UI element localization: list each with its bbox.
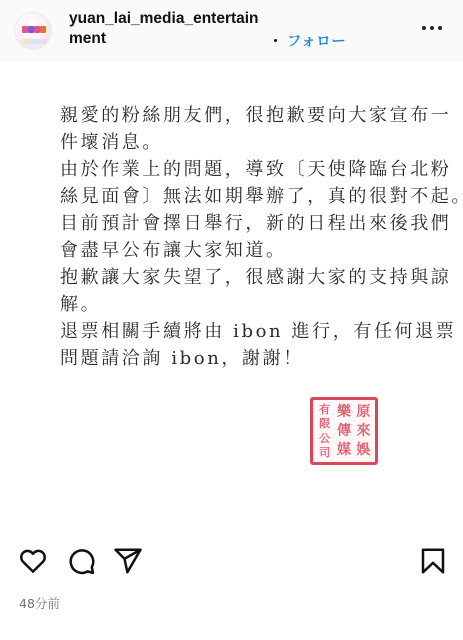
seal-character: 媒: [337, 443, 351, 457]
company-seal: 原來娛 樂傳媒 有限公司: [310, 397, 378, 465]
more-horizontal-icon: [438, 26, 442, 30]
more-horizontal-icon: [422, 26, 426, 30]
action-bar: [0, 540, 463, 580]
text-line: 會盡早公布讓大家知道。: [60, 237, 460, 264]
text-line: 由於作業上的問題，導致〔天使降臨台北粉: [60, 156, 460, 183]
seal-character: 傳: [337, 424, 351, 438]
text-line: 親愛的粉絲朋友們，很抱歉要向大家宣布一: [60, 102, 460, 129]
seal-character: 來: [356, 424, 370, 438]
seal-column: 有限公司: [315, 402, 334, 460]
comment-icon[interactable]: [66, 546, 96, 576]
text-line: 件壞消息。: [60, 129, 460, 156]
more-options-button[interactable]: [422, 20, 446, 36]
post-timestamp: 48分前: [19, 594, 60, 612]
seal-character: 公: [319, 433, 330, 444]
seal-character: 有: [319, 404, 330, 415]
text-line: 抱歉讓大家失望了，很感謝大家的支持與諒: [60, 264, 460, 291]
seal-column: 原來娛: [354, 402, 373, 460]
follow-button[interactable]: フォロー: [287, 30, 346, 51]
announcement-text: 親愛的粉絲朋友們，很抱歉要向大家宣布一 件壞消息。 由於作業上的問題，導致〔天使…: [60, 102, 460, 372]
avatar[interactable]: [14, 12, 52, 50]
username-link[interactable]: yuan_lai_media_entertainment: [69, 9, 269, 49]
seal-character: 樂: [337, 405, 351, 419]
text-line: 問題請洽詢 ibon，謝謝！: [60, 345, 460, 372]
seal-character: 限: [319, 418, 330, 429]
send-icon[interactable]: [113, 546, 143, 576]
post-image[interactable]: 親愛的粉絲朋友們，很抱歉要向大家宣布一 件壞消息。 由於作業上的問題，導致〔天使…: [0, 62, 463, 532]
separator-dot: [274, 39, 277, 42]
seal-character: 原: [356, 405, 370, 419]
logo-band: [21, 39, 47, 44]
heart-icon[interactable]: [18, 546, 48, 576]
bookmark-icon[interactable]: [418, 546, 448, 576]
post-header: yuan_lai_media_entertainment フォロー: [0, 0, 463, 62]
seal-character: 司: [319, 447, 330, 458]
text-line: 退票相關手續將由 ibon 進行，有任何退票: [60, 318, 460, 345]
text-line: 絲見面會〕無法如期舉辦了，真的很對不起。: [60, 183, 460, 210]
logo-shape: [40, 26, 46, 33]
more-horizontal-icon: [430, 26, 434, 30]
seal-column: 樂傳媒: [334, 402, 353, 460]
text-line: 目前預計會擇日舉行，新的日程出來後我們: [60, 210, 460, 237]
text-line: 解。: [60, 291, 460, 318]
seal-character: 娛: [356, 443, 370, 457]
